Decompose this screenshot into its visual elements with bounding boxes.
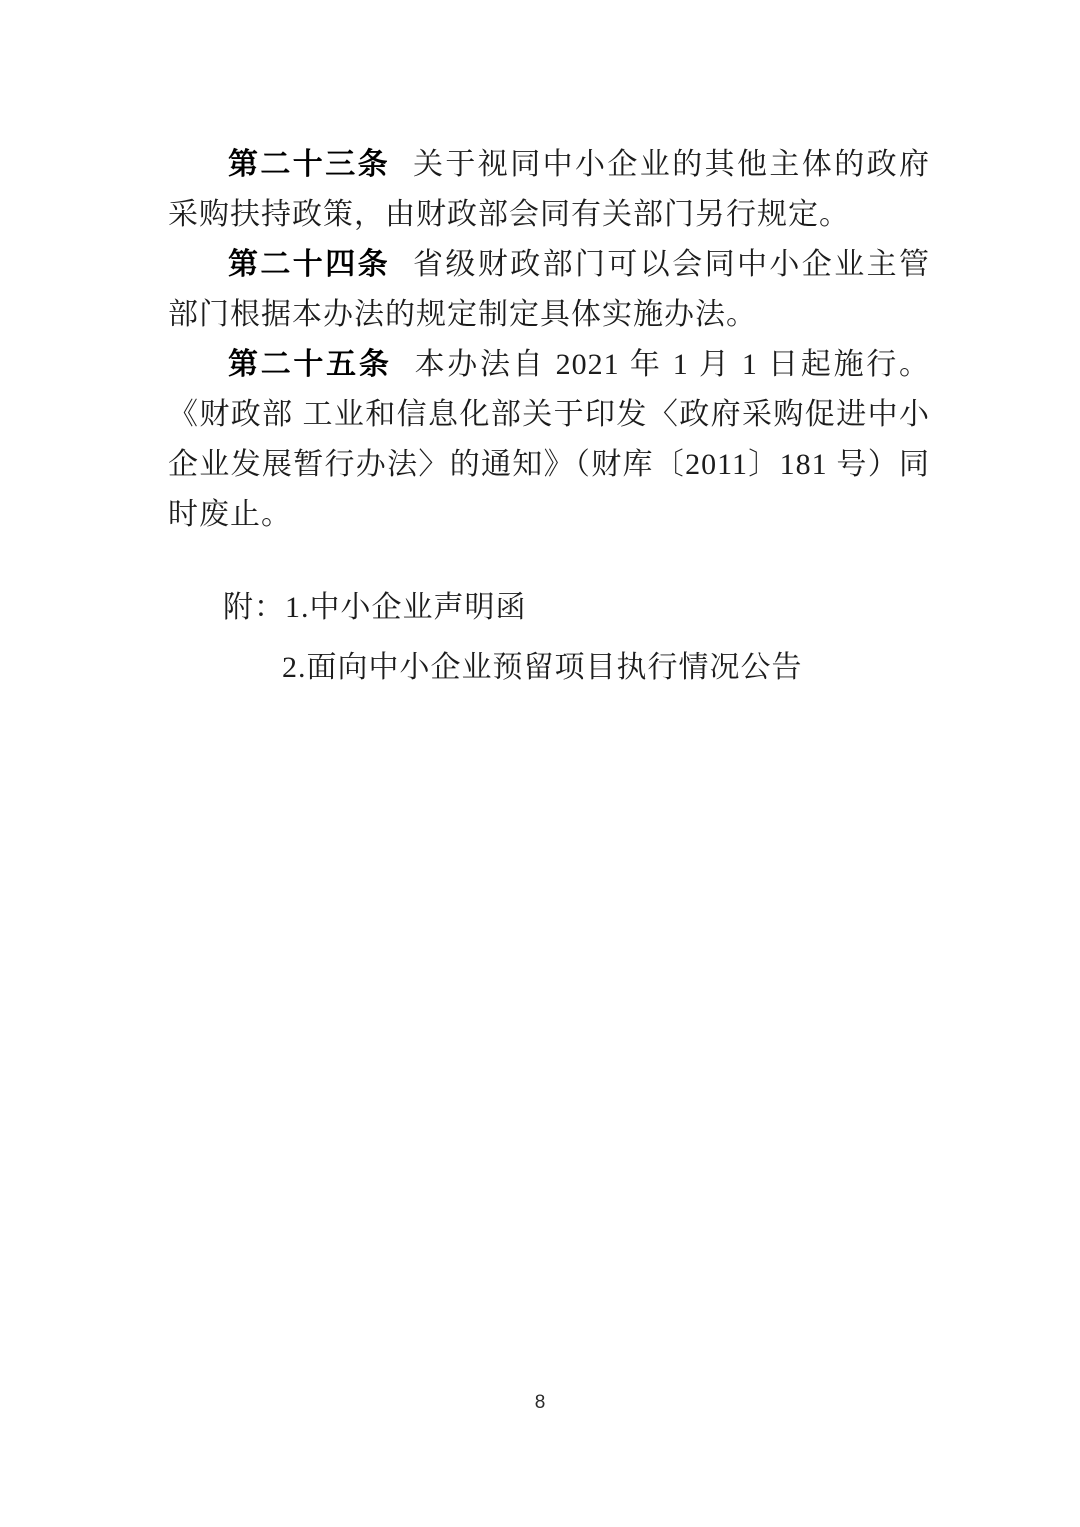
attachments-label: 附：: [223, 591, 285, 624]
article-23-paragraph: 第二十三条关于视同中小企业的其他主体的政府采购扶持政策，由财政部会同有关部门另行…: [168, 140, 930, 240]
attachment-line-2: 2.面向中小企业预留项目执行情况公告: [168, 638, 930, 698]
article-24-number: 第二十四条: [228, 248, 413, 281]
article-25-paragraph: 第二十五条本办法自 2021 年 1 月 1 日起施行。《财政部 工业和信息化部…: [168, 340, 930, 540]
page-number: 8: [0, 1392, 1080, 1414]
attachment-item-1: 1.中小企业声明函: [285, 591, 527, 624]
attachments-block: 附：1.中小企业声明函 2.面向中小企业预留项目执行情况公告: [168, 578, 930, 698]
article-25-number: 第二十五条: [228, 348, 415, 381]
document-body: 第二十三条关于视同中小企业的其他主体的政府采购扶持政策，由财政部会同有关部门另行…: [168, 140, 930, 698]
document-page: 第二十三条关于视同中小企业的其他主体的政府采购扶持政策，由财政部会同有关部门另行…: [0, 0, 1080, 1527]
article-23-number: 第二十三条: [228, 148, 413, 181]
article-24-paragraph: 第二十四条省级财政部门可以会同中小企业主管部门根据本办法的规定制定具体实施办法。: [168, 240, 930, 340]
attachment-item-2: 2.面向中小企业预留项目执行情况公告: [282, 651, 803, 684]
attachment-line-1: 附：1.中小企业声明函: [168, 578, 930, 638]
